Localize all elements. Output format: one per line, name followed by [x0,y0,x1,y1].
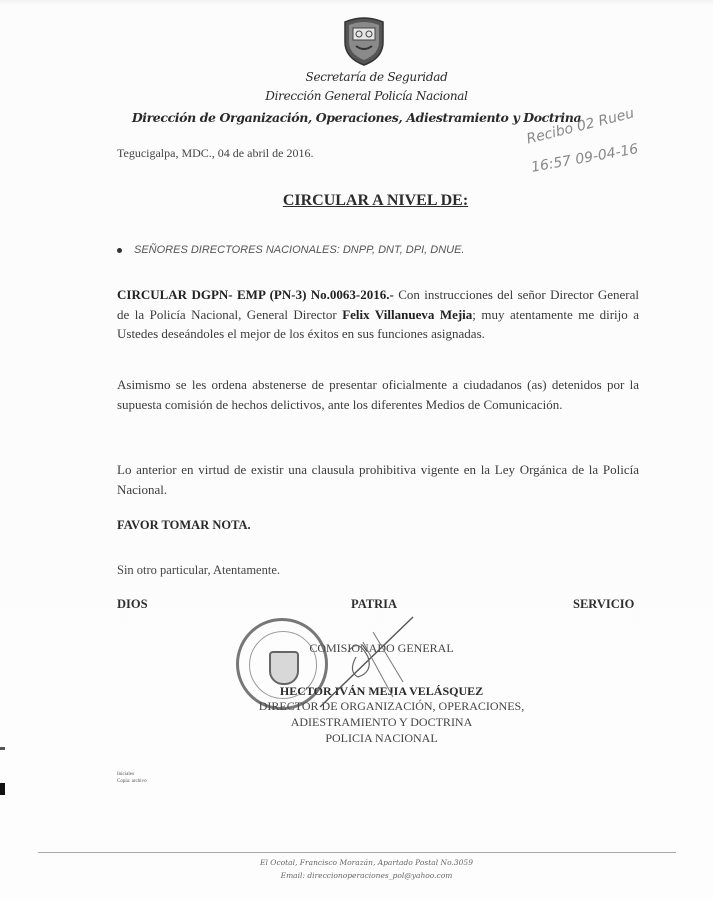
signatory-title-3: POLICIA NACIONAL [0,730,713,746]
header-line-secretaria: Secretaría de Seguridad [0,70,713,84]
motto-servicio: SERVICIO [573,597,634,612]
footer-address: El Ocotal, Francisco Morazán, Apartado P… [0,856,713,869]
signatory-title-2: ADIESTRAMIENTO Y DOCTRINA [0,714,713,730]
handwritten-line-2: 16:57 09-04-16 [530,141,639,176]
document-date: Tegucigalpa, MDC., 04 de abril de 2016. [117,146,313,161]
motto-patria: PATRIA [351,597,397,612]
initials-block: Iniciales Copia: archivo [117,771,147,785]
closing-line: Sin otro particular, Atentamente. [117,563,280,578]
document-page: Secretaría de Seguridad Dirección Genera… [0,0,713,900]
circular-title: CIRCULAR A NIVEL DE: [0,192,713,210]
footer-divider [38,852,676,853]
scan-artifact [0,783,5,795]
circular-reference: CIRCULAR DGPN- EMP (PN-3) No.0063-2016.- [117,287,394,302]
paragraph-legal-basis: Lo anterior en virtud de existir una cla… [117,460,639,499]
paragraph-instructions: CIRCULAR DGPN- EMP (PN-3) No.0063-2016.-… [117,285,639,344]
scan-artifact [0,747,5,750]
take-note-line: FAVOR TOMAR NOTA. [117,518,251,533]
seal-shield-icon [269,651,299,685]
recipient-text: SEÑORES DIRECTORES NACIONALES: DNPP, DNT… [134,244,464,256]
footer-email: Email: direccionoperaciones_pol@yahoo.co… [0,869,713,882]
motto-dios: DIOS [117,597,148,612]
police-crest-icon [342,16,386,66]
header-line-direccion-general: Dirección General Policía Nacional [0,89,713,103]
paragraph-order: Asimismo se les ordena abstenerse de pre… [117,375,639,414]
bullet-icon [117,248,122,253]
handwritten-receipt-note: Recibo 02 Rueu 16:57 09-04-16 [520,118,700,188]
handwritten-signature-icon [318,612,428,712]
recipient-list-item: SEÑORES DIRECTORES NACIONALES: DNPP, DNT… [117,244,464,256]
director-name: Felix Villanueva Mejia [342,307,472,322]
copy-line: Copia: archivo [117,778,147,785]
initials-line: Iniciales [117,771,147,778]
